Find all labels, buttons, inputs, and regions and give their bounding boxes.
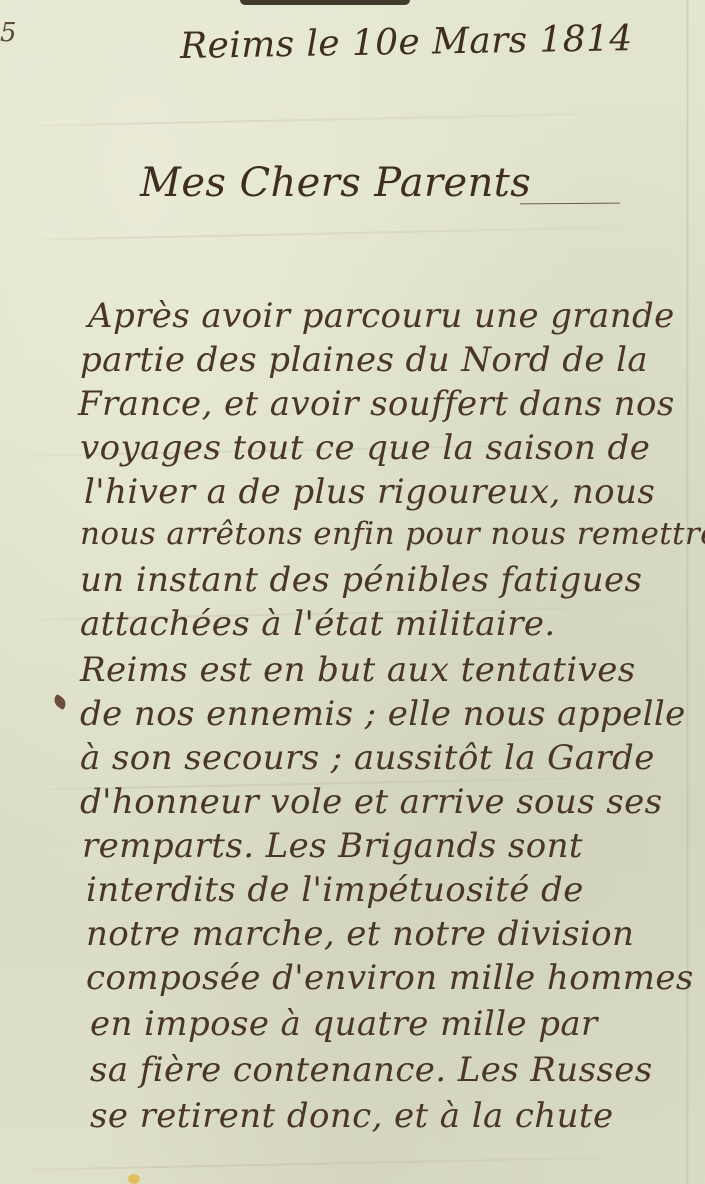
letter-line: de nos ennemis ; elle nous appelle [80, 694, 686, 734]
letter-line: l'hiver a de plus rigoureux, nous [84, 472, 655, 512]
letter-line: un instant des pénibles fatigues [80, 560, 642, 600]
letter-line: notre marche, et notre division [86, 914, 634, 954]
letter-line: Après avoir parcouru une grande [88, 296, 675, 336]
letter-line: France, et avoir souffert dans nos [78, 384, 675, 424]
letter-line: Reims est en but aux tentatives [80, 650, 636, 690]
paper-stain [128, 1174, 140, 1184]
letter-line: voyages tout ce que la saison de [80, 428, 650, 468]
letter-line: remparts. Les Brigands sont [82, 826, 583, 866]
letter-line: attachées à l'état militaire. [80, 604, 556, 644]
letter-line: d'honneur vole et arrive sous ses [80, 782, 663, 822]
letter-line: partie des plaines du Nord de la [80, 340, 648, 380]
letter-page: 5 Reims le 10e Mars 1814 Mes Chers Paren… [0, 0, 705, 1184]
letter-body: Après avoir parcouru une grande partie d… [0, 0, 705, 1184]
letter-line: en impose à quatre mille par [90, 1004, 598, 1044]
letter-line: composée d'environ mille hommes [86, 958, 694, 998]
letter-line: à son secours ; aussitôt la Garde [80, 738, 655, 778]
letter-line: sa fière contenance. Les Russes [90, 1050, 653, 1090]
letter-line: se retirent donc, et à la chute [90, 1096, 613, 1136]
letter-line: nous arrêtons enfin pour nous remettre [80, 516, 705, 552]
letter-line: interdits de l'impétuosité de [86, 870, 584, 910]
